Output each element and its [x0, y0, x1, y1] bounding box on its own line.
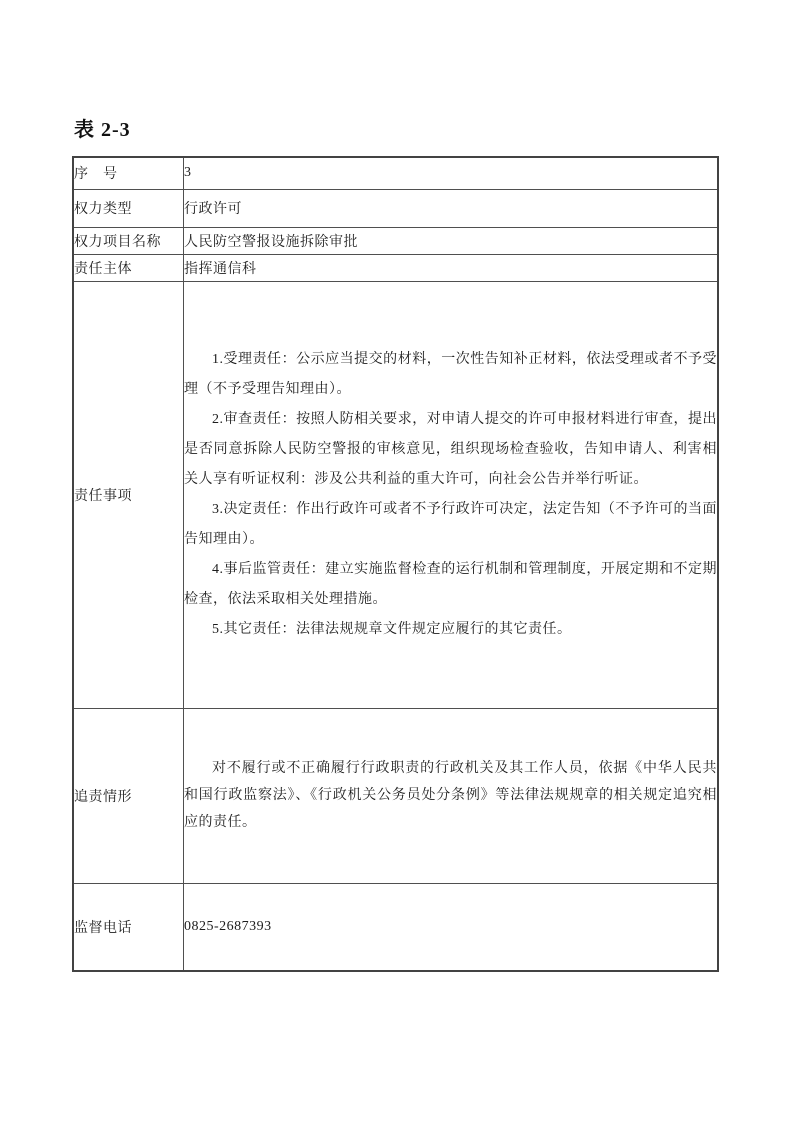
row-label: 监督电话: [73, 883, 184, 971]
table-row-power-item-name: 权力项目名称 人民防空警报设施拆除审批: [73, 227, 718, 254]
page-title: 表 2-3: [74, 113, 131, 142]
duty-paragraph: 2.审查责任：按照人防相关要求，对申请人提交的许可申报材料进行审查，提出是否同意…: [184, 405, 717, 495]
duty-paragraph: 3.决定责任：作出行政许可或者不予行政许可决定，法定告知（不予许可的当面告知理由…: [184, 495, 717, 555]
duty-paragraph: 4.事后监管责任：建立实施监督检查的运行机制和管理制度，开展定期和不定期检查，依…: [184, 555, 717, 615]
row-label: 权力项目名称: [73, 227, 184, 254]
table-row-responsible-entity: 责任主体 指挥通信科: [73, 254, 718, 281]
row-label: 权力类型: [73, 189, 184, 227]
row-label: 追责情形: [73, 708, 184, 883]
responsibility-table: 序 号 3 权力类型 行政许可 权力项目名称 人民防空警报设施拆除审批 责任主体…: [72, 156, 719, 972]
table-row-serial-number: 序 号 3: [73, 157, 718, 189]
row-label: 序 号: [73, 157, 184, 189]
row-value: 3: [184, 157, 719, 189]
duty-paragraph: 1.受理责任：公示应当提交的材料，一次性告知补正材料，依法受理或者不予受理（不予…: [184, 345, 717, 405]
row-label: 责任主体: [73, 254, 184, 281]
table-row-responsibility-items: 责任事项 1.受理责任：公示应当提交的材料，一次性告知补正材料，依法受理或者不予…: [73, 281, 718, 708]
document-page: 表 2-3 序 号 3 权力类型 行政许可 权力项目名称 人民防空警报设施拆除审…: [0, 0, 793, 1122]
table-row-supervision-phone: 监督电话 0825-2687393: [73, 883, 718, 971]
accountability-paragraph: 对不履行或不正确履行行政职责的行政机关及其工作人员，依据《中华人民共和国行政监察…: [184, 755, 717, 836]
responsibility-items-cell: 1.受理责任：公示应当提交的材料，一次性告知补正材料，依法受理或者不予受理（不予…: [184, 281, 719, 708]
row-label: 责任事项: [73, 281, 184, 708]
table-row-accountability-circumstances: 追责情形 对不履行或不正确履行行政职责的行政机关及其工作人员，依据《中华人民共和…: [73, 708, 718, 883]
accountability-cell: 对不履行或不正确履行行政职责的行政机关及其工作人员，依据《中华人民共和国行政监察…: [184, 708, 719, 883]
row-value: 行政许可: [184, 189, 719, 227]
supervision-phone-value: 0825-2687393: [184, 883, 719, 971]
table-row-power-type: 权力类型 行政许可: [73, 189, 718, 227]
row-value: 指挥通信科: [184, 254, 719, 281]
row-value: 人民防空警报设施拆除审批: [184, 227, 719, 254]
duty-paragraph: 5.其它责任：法律法规规章文件规定应履行的其它责任。: [184, 615, 717, 645]
